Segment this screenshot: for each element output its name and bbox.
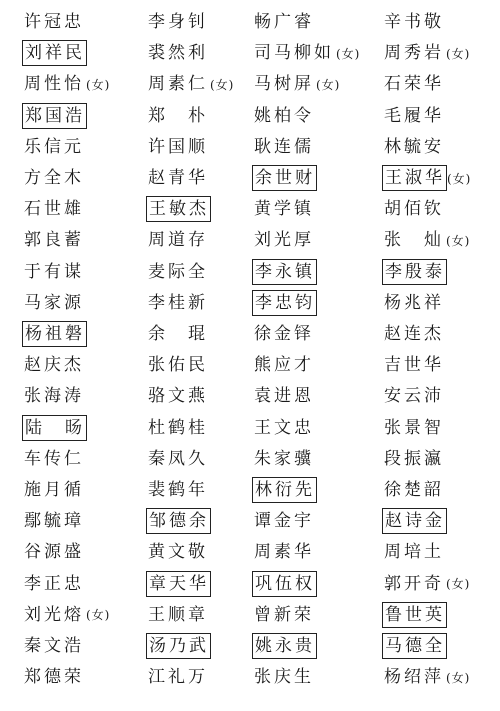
person-name: 姚永贵 — [252, 633, 317, 659]
person-name: 杜鹤桂 — [146, 416, 210, 440]
female-marker: (女) — [446, 232, 470, 249]
boxed-name-entry: 鲁世英 — [382, 601, 447, 629]
person-name: 方全木 — [22, 166, 86, 190]
female-marker: (女) — [446, 575, 470, 592]
person-name: 马家源 — [22, 291, 86, 315]
person-name: 石荣华 — [382, 72, 446, 96]
name-row: 石世雄王敏杰黄学镇胡佰钦 — [0, 195, 500, 223]
person-name: 马树屏 — [252, 72, 316, 96]
person-name: 杨兆祥 — [382, 291, 446, 315]
boxed-name-entry: 巩伍权 — [252, 570, 317, 598]
person-name: 赵庆杰 — [22, 353, 86, 377]
person-name: 张 灿 — [382, 228, 446, 252]
person-name: 周素华 — [252, 540, 316, 564]
person-name: 林衍先 — [252, 477, 317, 503]
name-entry: 乐信元 — [22, 133, 86, 161]
person-name: 石世雄 — [22, 197, 86, 221]
person-name: 李永镇 — [252, 259, 317, 285]
name-row: 赵庆杰张佑民熊应才吉世华 — [0, 351, 500, 379]
name-entry: 赵青华 — [146, 164, 210, 192]
name-entry: 谷源盛 — [22, 538, 86, 566]
name-entry: 张佑民 — [146, 351, 210, 379]
name-entry: 周性怡(女) — [22, 70, 110, 98]
name-entry: 马家源 — [22, 289, 86, 317]
name-entry: 黄文敬 — [146, 538, 210, 566]
person-name: 林毓安 — [382, 135, 446, 159]
name-entry: 刘光熔(女) — [22, 601, 110, 629]
person-name: 乐信元 — [22, 135, 86, 159]
female-marker: (女) — [336, 45, 360, 62]
name-entry: 张庆生 — [252, 663, 316, 691]
person-name: 周秀岩 — [382, 41, 446, 65]
name-entry: 江礼万 — [146, 663, 210, 691]
person-name: 赵青华 — [146, 166, 210, 190]
name-entry: 麦际全 — [146, 258, 210, 286]
female-marker: (女) — [446, 669, 470, 686]
person-name: 张庆生 — [252, 665, 316, 689]
person-name: 谭金宇 — [252, 509, 316, 533]
name-row: 张海涛骆文燕袁进恩安云沛 — [0, 382, 500, 410]
boxed-name-entry: 李永镇 — [252, 258, 317, 286]
person-name: 徐金铎 — [252, 322, 316, 346]
person-name: 李殷泰 — [382, 259, 447, 285]
boxed-name-entry: 邹德余 — [146, 507, 211, 535]
boxed-name-entry: 陆 旸 — [22, 414, 87, 442]
name-entry: 袁进恩 — [252, 382, 316, 410]
name-row: 郑国浩郑 朴姚柏令毛履华 — [0, 102, 500, 130]
person-name: 江礼万 — [146, 665, 210, 689]
name-row: 谷源盛黄文敬周素华周培土 — [0, 538, 500, 566]
name-entry: 赵庆杰 — [22, 351, 86, 379]
person-name: 章天华 — [146, 571, 211, 597]
name-entry: 郭良蓄 — [22, 226, 86, 254]
person-name: 王文忠 — [252, 416, 316, 440]
person-name: 鄢毓璋 — [22, 509, 86, 533]
name-entry: 周培土 — [382, 538, 446, 566]
person-name: 鲁世英 — [382, 602, 447, 628]
name-entry: 车传仁 — [22, 445, 86, 473]
person-name: 徐楚韶 — [382, 478, 446, 502]
person-name: 裴鹤年 — [146, 478, 210, 502]
name-row: 许冠忠李身钊畅广睿辛书敬 — [0, 8, 500, 36]
name-row: 鄢毓璋邹德余谭金宇赵诗金 — [0, 507, 500, 535]
person-name: 谷源盛 — [22, 540, 86, 564]
person-name: 胡佰钦 — [382, 197, 446, 221]
name-row: 刘光熔(女)王顺章曾新荣鲁世英 — [0, 601, 500, 629]
name-entry: 朱家骥 — [252, 445, 316, 473]
name-entry: 徐金铎 — [252, 320, 316, 348]
female-marker: (女) — [86, 606, 110, 623]
name-entry: 段振瀛 — [382, 445, 446, 473]
boxed-name-entry: 林衍先 — [252, 476, 317, 504]
name-entry: 石荣华 — [382, 70, 446, 98]
person-name: 马德全 — [382, 633, 447, 659]
name-entry: 赵连杰 — [382, 320, 446, 348]
name-entry: 李桂新 — [146, 289, 210, 317]
name-entry: 周素仁(女) — [146, 70, 234, 98]
name-entry: 王文忠 — [252, 414, 316, 442]
name-row: 秦文浩汤乃武姚永贵马德全 — [0, 632, 500, 660]
person-name: 王顺章 — [146, 603, 210, 627]
person-name: 李桂新 — [146, 291, 210, 315]
female-marker: (女) — [446, 45, 470, 62]
person-name: 曾新荣 — [252, 603, 316, 627]
person-name: 秦文浩 — [22, 634, 86, 658]
boxed-name-entry: 王淑华(女) — [382, 164, 471, 192]
person-name: 朱家骥 — [252, 447, 316, 471]
person-name: 黄学镇 — [252, 197, 316, 221]
person-name: 赵连杰 — [382, 322, 446, 346]
name-row: 方全木赵青华余世财王淑华(女) — [0, 164, 500, 192]
female-marker: (女) — [86, 76, 110, 93]
person-name: 于有谋 — [22, 260, 86, 284]
name-row: 乐信元许国顺耿连儒林毓安 — [0, 133, 500, 161]
name-entry: 熊应才 — [252, 351, 316, 379]
person-name: 张海涛 — [22, 384, 86, 408]
person-name: 刘光厚 — [252, 228, 316, 252]
name-row: 于有谋麦际全李永镇李殷泰 — [0, 258, 500, 286]
person-name: 裘然利 — [146, 41, 210, 65]
person-name: 吉世华 — [382, 353, 446, 377]
person-name: 王淑华 — [382, 165, 447, 191]
name-entry: 余 琨 — [146, 320, 210, 348]
name-entry: 黄学镇 — [252, 195, 316, 223]
person-name: 熊应才 — [252, 353, 316, 377]
person-name: 车传仁 — [22, 447, 86, 471]
name-entry: 裴鹤年 — [146, 476, 210, 504]
name-row: 李正忠章天华巩伍权郭开奇(女) — [0, 570, 500, 598]
boxed-name-entry: 王敏杰 — [146, 195, 211, 223]
name-entry: 马树屏(女) — [252, 70, 340, 98]
boxed-name-entry: 汤乃武 — [146, 632, 211, 660]
person-name: 周性怡 — [22, 72, 86, 96]
name-entry: 张海涛 — [22, 382, 86, 410]
name-entry: 李身钊 — [146, 8, 210, 36]
name-entry: 林毓安 — [382, 133, 446, 161]
name-row: 郭良蓄周道存刘光厚张 灿(女) — [0, 226, 500, 254]
person-name: 刘光熔 — [22, 603, 86, 627]
name-entry: 许国顺 — [146, 133, 210, 161]
name-entry: 郑 朴 — [146, 102, 210, 130]
person-name: 郭良蓄 — [22, 228, 86, 252]
person-name: 李身钊 — [146, 10, 210, 34]
person-name: 段振瀛 — [382, 447, 446, 471]
boxed-name-entry: 郑国浩 — [22, 102, 87, 130]
name-row: 周性怡(女)周素仁(女)马树屏(女)石荣华 — [0, 70, 500, 98]
person-name: 李忠钧 — [252, 290, 317, 316]
name-entry: 鄢毓璋 — [22, 507, 86, 535]
person-name: 毛履华 — [382, 104, 446, 128]
person-name: 巩伍权 — [252, 571, 317, 597]
person-name: 赵诗金 — [382, 508, 447, 534]
name-entry: 胡佰钦 — [382, 195, 446, 223]
boxed-name-entry: 赵诗金 — [382, 507, 447, 535]
person-name: 姚柏令 — [252, 104, 316, 128]
person-name: 王敏杰 — [146, 196, 211, 222]
person-name: 司马柳如 — [252, 41, 336, 65]
name-entry: 周道存 — [146, 226, 210, 254]
person-name: 安云沛 — [382, 384, 446, 408]
person-name: 畅广睿 — [252, 10, 316, 34]
name-entry: 郑德荣 — [22, 663, 86, 691]
name-entry: 秦凤久 — [146, 445, 210, 473]
person-name: 汤乃武 — [146, 633, 211, 659]
person-name: 骆文燕 — [146, 384, 210, 408]
person-name: 余世财 — [252, 165, 317, 191]
person-name: 袁进恩 — [252, 384, 316, 408]
person-name: 麦际全 — [146, 260, 210, 284]
boxed-name-entry: 杨祖磐 — [22, 320, 87, 348]
female-marker: (女) — [316, 76, 340, 93]
name-row: 马家源李桂新李忠钧杨兆祥 — [0, 289, 500, 317]
person-name: 周道存 — [146, 228, 210, 252]
person-name: 陆 旸 — [22, 415, 87, 441]
person-name: 余 琨 — [146, 322, 210, 346]
name-entry: 李正忠 — [22, 570, 86, 598]
name-entry: 周素华 — [252, 538, 316, 566]
name-entry: 耿连儒 — [252, 133, 316, 161]
name-entry: 畅广睿 — [252, 8, 316, 36]
boxed-name-entry: 章天华 — [146, 570, 211, 598]
person-name: 许国顺 — [146, 135, 210, 159]
name-row: 刘祥民裘然利司马柳如(女)周秀岩(女) — [0, 39, 500, 67]
name-entry: 刘光厚 — [252, 226, 316, 254]
name-entry: 石世雄 — [22, 195, 86, 223]
name-entry: 司马柳如(女) — [252, 39, 360, 67]
name-entry: 方全木 — [22, 164, 86, 192]
female-marker: (女) — [210, 76, 234, 93]
name-entry: 安云沛 — [382, 382, 446, 410]
name-entry: 姚柏令 — [252, 102, 316, 130]
name-entry: 杜鹤桂 — [146, 414, 210, 442]
boxed-name-entry: 马德全 — [382, 632, 447, 660]
name-row: 杨祖磐余 琨徐金铎赵连杰 — [0, 320, 500, 348]
person-name: 张佑民 — [146, 353, 210, 377]
name-entry: 施月循 — [22, 476, 86, 504]
person-name: 杨祖磐 — [22, 321, 87, 347]
name-row: 郑德荣江礼万张庆生杨绍萍(女) — [0, 663, 500, 691]
name-entry: 周秀岩(女) — [382, 39, 470, 67]
person-name: 张景智 — [382, 416, 446, 440]
name-entry: 谭金宇 — [252, 507, 316, 535]
person-name: 邹德余 — [146, 508, 211, 534]
person-name: 郭开奇 — [382, 572, 446, 596]
name-entry: 秦文浩 — [22, 632, 86, 660]
name-entry: 郭开奇(女) — [382, 570, 470, 598]
person-name: 许冠忠 — [22, 10, 86, 34]
person-name: 辛书敬 — [382, 10, 446, 34]
name-entry: 毛履华 — [382, 102, 446, 130]
name-entry: 骆文燕 — [146, 382, 210, 410]
boxed-name-entry: 余世财 — [252, 164, 317, 192]
person-name: 周培土 — [382, 540, 446, 564]
name-row: 施月循裴鹤年林衍先徐楚韶 — [0, 476, 500, 504]
person-name: 施月循 — [22, 478, 86, 502]
name-entry: 曾新荣 — [252, 601, 316, 629]
person-name: 杨绍萍 — [382, 665, 446, 689]
name-entry: 吉世华 — [382, 351, 446, 379]
person-name: 耿连儒 — [252, 135, 316, 159]
name-entry: 徐楚韶 — [382, 476, 446, 504]
person-name: 李正忠 — [22, 572, 86, 596]
person-name: 秦凤久 — [146, 447, 210, 471]
name-entry: 辛书敬 — [382, 8, 446, 36]
name-entry: 杨绍萍(女) — [382, 663, 470, 691]
name-entry: 张景智 — [382, 414, 446, 442]
boxed-name-entry: 李殷泰 — [382, 258, 447, 286]
person-name: 刘祥民 — [22, 40, 87, 66]
name-entry: 裘然利 — [146, 39, 210, 67]
boxed-name-entry: 姚永贵 — [252, 632, 317, 660]
person-name: 黄文敬 — [146, 540, 210, 564]
name-entry: 许冠忠 — [22, 8, 86, 36]
name-row: 陆 旸杜鹤桂王文忠张景智 — [0, 414, 500, 442]
boxed-name-entry: 刘祥民 — [22, 39, 87, 67]
person-name: 郑 朴 — [146, 104, 210, 128]
name-entry: 杨兆祥 — [382, 289, 446, 317]
person-name: 郑国浩 — [22, 103, 87, 129]
person-name: 周素仁 — [146, 72, 210, 96]
name-entry: 于有谋 — [22, 258, 86, 286]
name-entry: 王顺章 — [146, 601, 210, 629]
name-list-document: 许冠忠李身钊畅广睿辛书敬刘祥民裘然利司马柳如(女)周秀岩(女)周性怡(女)周素仁… — [0, 0, 500, 711]
boxed-name-entry: 李忠钧 — [252, 289, 317, 317]
name-row: 车传仁秦凤久朱家骥段振瀛 — [0, 445, 500, 473]
person-name: 郑德荣 — [22, 665, 86, 689]
female-marker: (女) — [447, 170, 471, 187]
name-entry: 张 灿(女) — [382, 226, 470, 254]
